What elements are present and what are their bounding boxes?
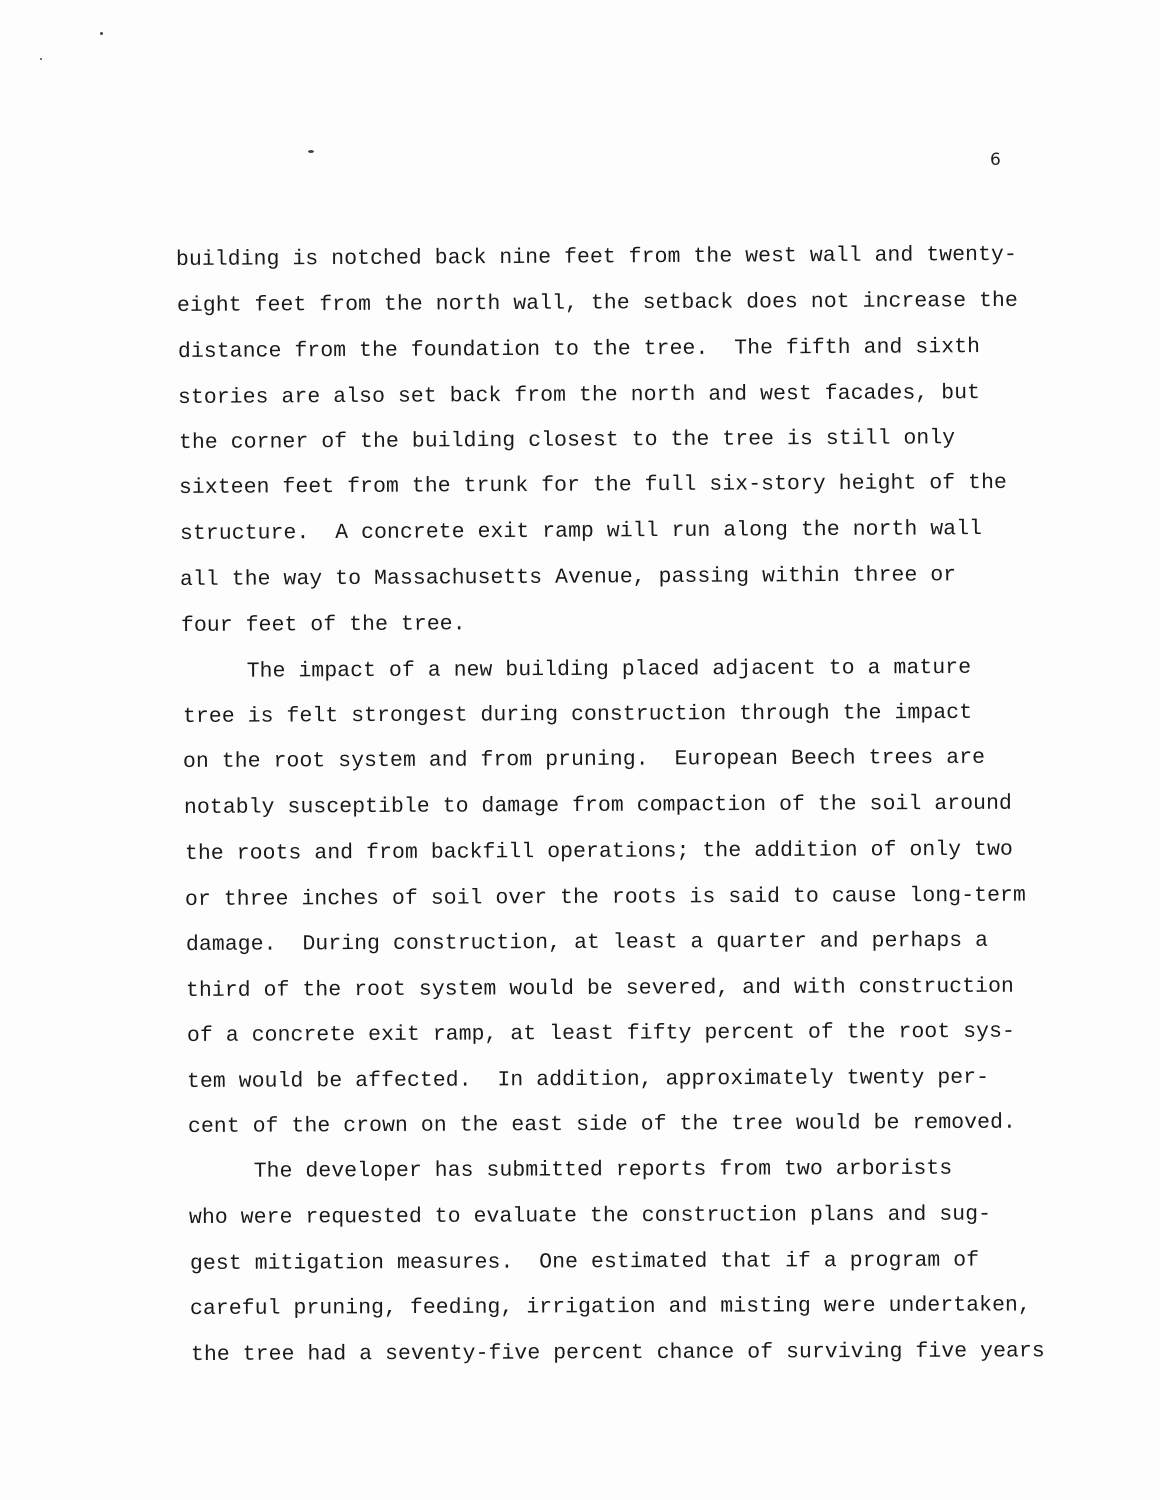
text-line: distance from the foundation to the tree… (178, 335, 980, 364)
text-line: tem would be affected. In addition, appr… (187, 1066, 989, 1094)
text-line: third of the root system would be severe… (186, 975, 1014, 1003)
page-number: 6 (990, 150, 1001, 170)
scan-speck (308, 150, 314, 153)
text-line: The impact of a new building placed adja… (182, 656, 971, 684)
text-line: of a concrete exit ramp, at least fifty … (187, 1020, 1015, 1048)
text-line: The developer has submitted reports from… (189, 1157, 952, 1184)
text-line: sixteen feet from the trunk for the full… (179, 471, 1007, 500)
text-line: careful pruning, feeding, irrigation and… (190, 1293, 1031, 1321)
document-page: 6 building is notched back nine feet fro… (0, 0, 1160, 1500)
text-line: notably susceptible to damage from compa… (184, 792, 1012, 820)
text-line: structure. A concrete exit ramp will run… (180, 517, 982, 546)
text-line: the tree had a seventy-five percent chan… (191, 1339, 1045, 1367)
scan-speck (100, 32, 103, 35)
text-line: building is notched back nine feet from … (176, 243, 1017, 272)
text-line: the roots and from backfill operations; … (185, 838, 1013, 866)
scan-speck (40, 58, 42, 60)
text-line: the corner of the building closest to th… (179, 426, 955, 455)
text-line: four feet of the tree. (181, 612, 466, 638)
text-line: tree is felt strongest during constructi… (183, 701, 972, 729)
text-line: damage. During construction, at least a … (186, 929, 988, 957)
text-line: gest mitigation measures. One estimated … (190, 1249, 979, 1276)
text-line: who were requested to evaluate the const… (189, 1203, 991, 1230)
text-line: stories are also set back from the north… (178, 381, 980, 410)
text-line: or three inches of soil over the roots i… (185, 884, 1026, 912)
text-line: all the way to Massachusetts Avenue, pas… (180, 563, 956, 592)
text-line: eight feet from the north wall, the setb… (177, 289, 1018, 318)
text-line: cent of the crown on the east side of th… (188, 1111, 1016, 1139)
text-line: on the root system and from pruning. Eur… (183, 746, 985, 774)
